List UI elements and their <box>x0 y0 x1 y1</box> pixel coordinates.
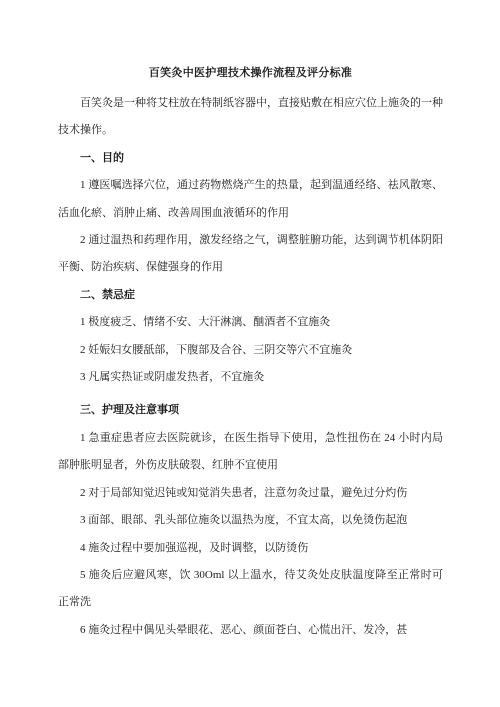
section-3-item-3: 3 面部、眼部、乳头部位施灸以温热为度，不宜太高，以免烫伤起泡 <box>58 507 443 534</box>
section-3-item-1: 1 急重症患者应去医院就诊，在医生指导下使用，急性扭伤在 24 小时内局部肿胀明… <box>58 425 443 480</box>
section-3-item-5: 5 施灸后应避风寒，饮 30Oml 以上温水，待艾灸处皮肤温度降至正常时可正常洗 <box>58 562 443 617</box>
section-1-item-1: 1 遵医嘱选择穴位，通过药物燃烧产生的热量，起到温通经络、祛风散寒、活血化瘀、消… <box>58 172 443 227</box>
section-3-heading: 三、护理及注意事项 <box>58 397 443 424</box>
section-2-item-3: 3 凡属实热证或阴虚发热者，不宜施灸 <box>58 364 443 391</box>
section-2-heading: 二、禁忌症 <box>58 282 443 309</box>
document-page: 百笑灸中医护理技术操作流程及评分标准 百笑灸是一种将艾柱放在特制纸容器中，直接贴… <box>0 0 500 707</box>
section-2-item-1: 1 极度疲乏、情绪不安、大汗淋漓、酗酒者不宜施灸 <box>58 309 443 336</box>
document-content: 百笑灸中医护理技术操作流程及评分标准 百笑灸是一种将艾柱放在特制纸容器中，直接贴… <box>0 0 500 644</box>
section-2-item-2: 2 妊娠妇女腰舐部，下腹部及合谷、三阴交等穴不宜施灸 <box>58 337 443 364</box>
intro-paragraph: 百笑灸是一种将艾柱放在特制纸容器中，直接贴敷在相应穴位上施灸的一种技术操作。 <box>58 90 443 145</box>
section-1-heading: 一、目的 <box>58 145 443 172</box>
section-3-item-2: 2 对于局部知觉迟钝或知觉消失患者，注意勿灸过量，避免过分灼伤 <box>58 480 443 507</box>
section-3-item-4: 4 施灸过程中要加强巡视，及时调整，以防烫伤 <box>58 535 443 562</box>
section-1-item-2: 2 通过温热和药理作用，激发经络之气，调整脏腑功能，达到调节机体阴阳平衡、防治疾… <box>58 227 443 282</box>
doc-title: 百笑灸中医护理技术操作流程及评分标准 <box>58 64 443 82</box>
section-3-item-6: 6 施灸过程中偶见头晕眼花、恶心、颜面苍白、心慌出汗、发冷，甚 <box>58 617 443 644</box>
